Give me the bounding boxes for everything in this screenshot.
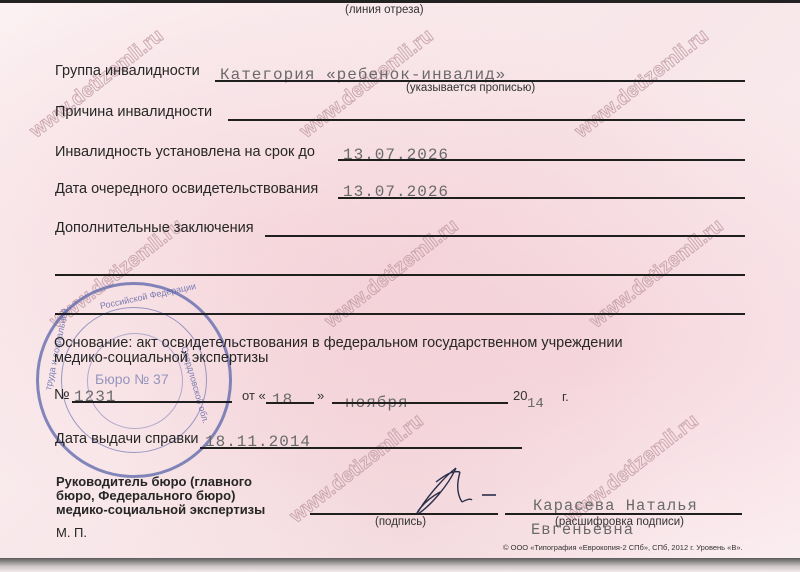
issue-date-label: Дата выдачи справки <box>55 431 199 447</box>
signature-caption: (подпись) <box>375 516 426 528</box>
signature-line <box>310 513 498 515</box>
term-until-line <box>338 159 745 161</box>
disability-group-label: Группа инвалидности <box>55 63 200 79</box>
basis-line-2: медико-социальной экспертизы <box>54 350 268 366</box>
seal-place-label: М. П. <box>56 525 87 540</box>
additional-conclusions-line <box>55 313 745 315</box>
act-month-line <box>332 402 508 404</box>
additional-conclusions-line <box>55 274 745 276</box>
act-year-prefix: 20 <box>513 388 527 403</box>
issue-date-line <box>200 447 522 449</box>
act-day-close: » <box>317 388 324 403</box>
act-number-value: 1231 <box>74 388 116 406</box>
basis-line-1: Основание: акт освидетельствования в фед… <box>54 335 623 351</box>
page-bottom-edge <box>0 558 800 572</box>
cut-line-label: (линия отреза) <box>345 4 424 16</box>
act-day-value: 18 <box>272 391 293 409</box>
act-number-label: № <box>54 387 70 403</box>
signatory-title-line-1: Руководитель бюро (главного <box>56 474 252 489</box>
signatory-title-line-3: медико-социальной экспертизы <box>56 502 265 517</box>
act-number-line <box>72 401 232 403</box>
official-seal: Бюро № 37 Российской Федерации труда и с… <box>36 282 232 478</box>
disability-cause-line <box>228 119 745 121</box>
term-until-value: 13.07.2026 <box>343 146 449 164</box>
additional-conclusions-label: Дополнительные заключения <box>55 220 254 236</box>
printer-note: © ООО «Типография «Еврокопия-2 СПб», СПб… <box>503 543 743 552</box>
seal-center-text: Бюро № 37 <box>95 371 169 387</box>
signatory-title-line-2: бюро, Федерального бюро) <box>56 488 235 503</box>
next-exam-line <box>338 197 745 199</box>
act-year-suffix: 14 <box>527 396 544 412</box>
disability-group-hint: (указывается прописью) <box>406 82 535 94</box>
disability-cause-label: Причина инвалидности <box>55 104 212 120</box>
term-until-label: Инвалидность установлена на срок до <box>55 144 315 160</box>
additional-conclusions-line <box>265 235 745 237</box>
name-caption: (расшифровка подписи) <box>555 516 684 528</box>
next-exam-label: Дата очередного освидетельствования <box>55 181 318 197</box>
act-date-from-label: от « <box>242 388 266 403</box>
signature-scribble <box>400 462 510 518</box>
seal-ring-text: Российской Федерации <box>99 281 197 311</box>
cut-edge <box>0 0 800 3</box>
name-line <box>505 513 742 515</box>
act-day-line <box>266 402 314 404</box>
act-year-unit: г. <box>562 389 569 404</box>
